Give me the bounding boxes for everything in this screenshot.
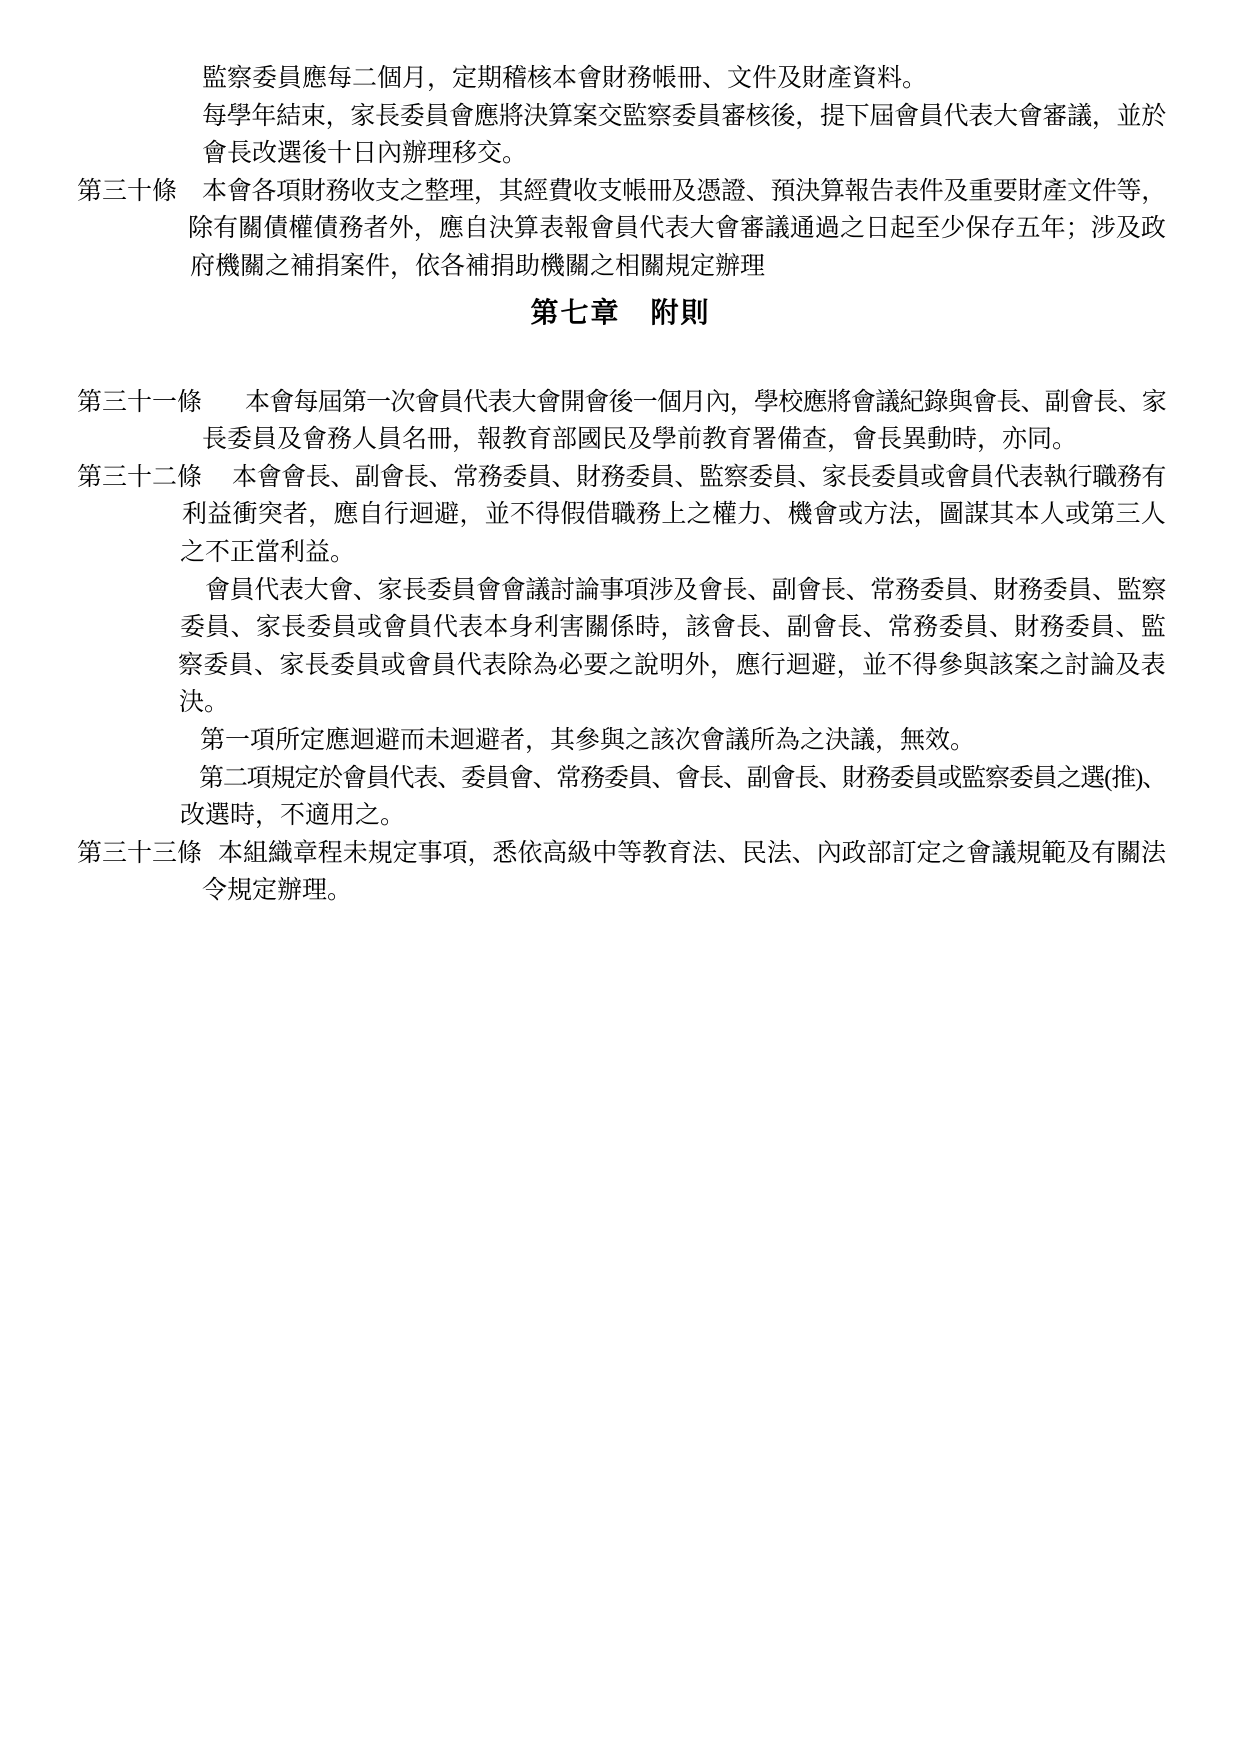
line-text: 第一項所定應迴避而未迴避者，其參與之該次會議所為之決議，無效。 xyxy=(200,722,975,760)
line-text: 察委員、家長委員或會員代表除為必要之說明外，應行迴避，並不得參與該案之討論及表 xyxy=(178,647,1166,685)
line-text: 會長改選後十日內辦理移交。 xyxy=(202,135,527,173)
document-line: 會長改選後十日內辦理移交。 xyxy=(0,135,1241,173)
document-line: 察委員、家長委員或會員代表除為必要之說明外，應行迴避，並不得參與該案之討論及表 xyxy=(0,647,1241,685)
document-line: 決。 xyxy=(0,684,1241,722)
line-text: 府機關之補捐案件，依各補捐助機關之相關規定辦理 xyxy=(190,248,765,286)
line-text: 第二項規定於會員代表、委員會、常務委員、會長、副會長、財務委員或監察委員之選(推… xyxy=(199,760,1166,798)
article-number: 第三十三條 xyxy=(77,835,202,873)
document-body: 監察委員應每二個月，定期稽核本會財務帳冊、文件及財產資料。每學年結束，家長委員會… xyxy=(0,0,1241,910)
line-text: 本會各項財務收支之整理，其經費收支帳冊及憑證、預決算報告表件及重要財產文件等， xyxy=(202,173,1166,211)
article-line: 第三十二條本會會長、副會長、常務委員、財務委員、監察委員、家長委員或會員代表執行… xyxy=(0,459,1241,497)
line-text: 之不正當利益。 xyxy=(180,534,355,572)
document-line: 之不正當利益。 xyxy=(0,534,1241,572)
document-line: 第二項規定於會員代表、委員會、常務委員、會長、副會長、財務委員或監察委員之選(推… xyxy=(0,760,1241,798)
document-line: 改選時，不適用之。 xyxy=(0,797,1241,835)
document-line: 第一項所定應迴避而未迴避者，其參與之該次會議所為之決議，無效。 xyxy=(0,722,1241,760)
document-line: 監察委員應每二個月，定期稽核本會財務帳冊、文件及財產資料。 xyxy=(0,60,1241,98)
line-text: 會員代表大會、家長委員會會議討論事項涉及會長、副會長、常務委員、財務委員、監察 xyxy=(205,572,1166,610)
document-line: 長委員及會務人員名冊，報教育部國民及學前教育署備查，會長異動時，亦同。 xyxy=(0,421,1241,459)
article-line: 第三十條本會各項財務收支之整理，其經費收支帳冊及憑證、預決算報告表件及重要財產文… xyxy=(0,173,1241,211)
document-line: 令規定辦理。 xyxy=(0,872,1241,910)
article-number: 第三十二條 xyxy=(77,459,202,497)
article-number: 第三十一條 xyxy=(77,384,202,422)
line-text: 委員、家長委員或會員代表本身利害關係時，該會長、副會長、常務委員、財務委員、監 xyxy=(180,609,1166,647)
article-line: 第三十三條本組織章程未規定事項，悉依高級中等教育法、民法、內政部訂定之會議規範及… xyxy=(0,835,1241,873)
chapter-heading: 第七章 附則 xyxy=(0,292,1241,336)
document-line: 會員代表大會、家長委員會會議討論事項涉及會長、副會長、常務委員、財務委員、監察 xyxy=(0,572,1241,610)
line-text: 長委員及會務人員名冊，報教育部國民及學前教育署備查，會長異動時，亦同。 xyxy=(202,421,1077,459)
document-line: 委員、家長委員或會員代表本身利害關係時，該會長、副會長、常務委員、財務委員、監 xyxy=(0,609,1241,647)
line-text: 改選時，不適用之。 xyxy=(180,797,405,835)
line-text: 令規定辦理。 xyxy=(202,872,352,910)
line-text: 每學年結束，家長委員會應將決算案交監察委員審核後，提下屆會員代表大會審議，並於 xyxy=(202,98,1166,136)
document-page: 監察委員應每二個月，定期稽核本會財務帳冊、文件及財產資料。每學年結束，家長委員會… xyxy=(0,0,1241,1755)
article-line: 第三十一條本會每屆第一次會員代表大會開會後一個月內，學校應將會議紀錄與會長、副會… xyxy=(0,384,1241,422)
line-text: 除有關債權債務者外，應自決算表報會員代表大會審議通過之日起至少保存五年；涉及政 xyxy=(188,210,1166,248)
section-after-heading: 第三十一條本會每屆第一次會員代表大會開會後一個月內，學校應將會議紀錄與會長、副會… xyxy=(0,384,1241,910)
line-text: 監察委員應每二個月，定期稽核本會財務帳冊、文件及財產資料。 xyxy=(202,60,927,98)
section-before-heading: 監察委員應每二個月，定期稽核本會財務帳冊、文件及財產資料。每學年結束，家長委員會… xyxy=(0,60,1241,286)
line-text: 本組織章程未規定事項，悉依高級中等教育法、民法、內政部訂定之會議規範及有關法 xyxy=(218,835,1166,873)
line-text: 決。 xyxy=(179,684,229,722)
document-line: 每學年結束，家長委員會應將決算案交監察委員審核後，提下屆會員代表大會審議，並於 xyxy=(0,98,1241,136)
line-text: 利益衝突者，應自行迴避，並不得假借職務上之權力、機會或方法，圖謀其本人或第三人 xyxy=(182,496,1166,534)
line-text: 本會每屆第一次會員代表大會開會後一個月內，學校應將會議紀錄與會長、副會長、家 xyxy=(245,384,1166,422)
article-number: 第三十條 xyxy=(77,173,177,211)
document-line: 利益衝突者，應自行迴避，並不得假借職務上之權力、機會或方法，圖謀其本人或第三人 xyxy=(0,496,1241,534)
document-line: 府機關之補捐案件，依各補捐助機關之相關規定辦理 xyxy=(0,248,1241,286)
line-text: 本會會長、副會長、常務委員、財務委員、監察委員、家長委員或會員代表執行職務有 xyxy=(232,459,1166,497)
document-line: 除有關債權債務者外，應自決算表報會員代表大會審議通過之日起至少保存五年；涉及政 xyxy=(0,210,1241,248)
